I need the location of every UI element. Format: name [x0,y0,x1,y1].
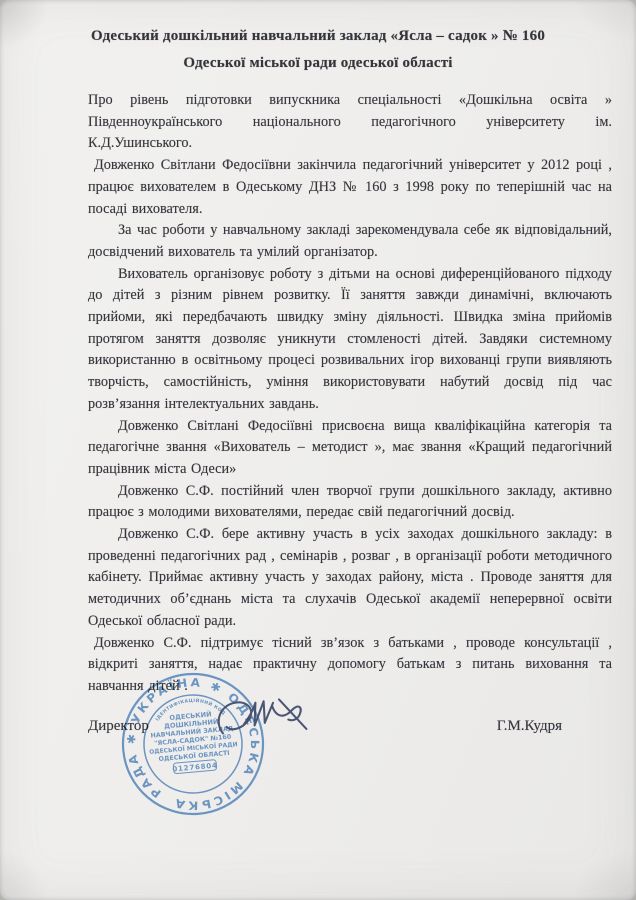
letter-paragraph: Вихователь організовує роботу з дітьми н… [88,264,612,416]
document-header: Одеський дошкільний навчальний заклад «Я… [0,0,636,77]
letter-paragraph: Довженко С.Ф. бере активну участь в усіх… [88,524,612,633]
institution-title-line1: Одеський дошкільний навчальний заклад «Я… [0,23,636,50]
letter-paragraph: За час роботи у навчальному закладі заре… [88,220,612,263]
letter-paragraph: Довженко Світлані Федосіївні присвоєна в… [88,416,612,481]
letter-paragraph: Довженко Світлани Федосіївни закінчила п… [88,155,612,220]
letter-body: Про рівень підготовки випускника спеціал… [88,90,612,698]
signature-flourish-stroke [279,698,306,730]
scanned-letter-page: Одеський дошкільний навчальний заклад «Я… [0,0,636,900]
director-signature-handwriting [211,690,312,749]
letter-paragraph: Довженко С.Ф. постійний член творчої гру… [88,481,612,524]
letter-paragraph: Про рівень підготовки випускника спеціал… [88,90,612,155]
signer-name: Г.М.Кудря [497,718,562,735]
institution-title-line2: Одеської міської ради одеської області [0,50,636,77]
signature-loop-stroke [218,702,252,734]
document: Одеський дошкільний навчальний заклад «Я… [0,0,636,900]
